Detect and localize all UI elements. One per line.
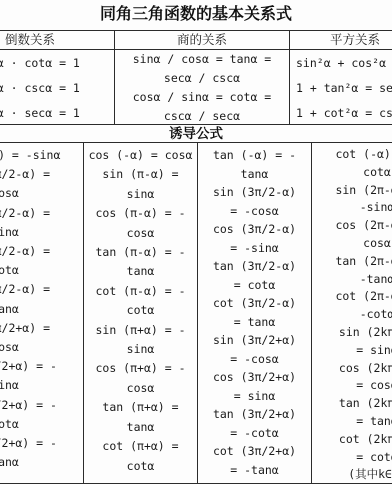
- formula-line: = -sinα: [198, 239, 311, 258]
- formula-line: cosα: [84, 379, 197, 398]
- formula-line: cotα: [84, 457, 197, 476]
- formula-line: 1 + tan²α = sec²α: [290, 81, 392, 95]
- formula-line: cot (π/2-α) =: [0, 280, 80, 299]
- quotient-formulas: sinα / cosα = tanα =secα / cscαcosα / si…: [115, 50, 289, 125]
- formula-line: = cotα: [198, 276, 311, 295]
- formula-line: sin (2kπ+α): [312, 324, 392, 342]
- formula-line: cot (π-α) = -: [84, 282, 197, 301]
- formula-line: -tanα: [312, 271, 392, 289]
- formula-line: secα / cscα: [115, 71, 289, 85]
- formula-line: cot (-α) = -: [312, 146, 392, 164]
- formula-line: sinα: [0, 376, 80, 395]
- formula-line: tan (3π/2+α): [198, 405, 311, 424]
- induction-column-1: sin (-α) = -sinαsin (π/2-α) =cosαcos (π/…: [0, 143, 84, 483]
- basic-relations-table: 倒数关系 商的关系 平方关系 tanα · cotα = 1sinα · csc…: [0, 30, 392, 125]
- formula-line: tan (π/2-α) =: [0, 242, 80, 261]
- formula-line: = sinα: [312, 342, 392, 360]
- induction-column-2: cos (-α) = cosαsin (π-α) =sinαcos (π-α) …: [84, 143, 198, 483]
- formula-line: tan (2kπ+α): [312, 395, 392, 413]
- formula-line: cotα: [312, 164, 392, 182]
- formula-line: tan (-α) = -: [198, 146, 311, 165]
- formula-line: = -cotα: [198, 424, 311, 443]
- formula-line: = cotα: [312, 449, 392, 467]
- formula-line: sin (2π-α) =: [312, 182, 392, 200]
- formula-line: cosα: [0, 184, 80, 203]
- formula-line: cotα: [84, 301, 197, 320]
- formula-line: cosα: [84, 224, 197, 243]
- formula-line: cot (2kπ+α): [312, 431, 392, 449]
- induction-column-4-lines: cot (-α) = -cotαsin (2π-α) =-sinαcos (2π…: [312, 146, 392, 483]
- formula-line: cosα: [312, 235, 392, 253]
- formula-line: tanα: [0, 453, 80, 472]
- formula-line: = -cosα: [198, 350, 311, 369]
- header-quotient-relation: 商的关系: [115, 31, 290, 49]
- formula-line: 1 + cot²α = csc²α: [290, 106, 392, 120]
- reciprocal-formulas: tanα · cotα = 1sinα · cscα = 1cosα · sec…: [0, 50, 115, 125]
- formula-line: sin (3π/2-α): [198, 183, 311, 202]
- formula-line: cos (π+α) = -: [84, 359, 197, 378]
- formula-line: cos (-α) = cosα: [84, 146, 197, 165]
- formula-line: = tanα: [198, 313, 311, 332]
- induction-column-4: cot (-α) = -cotαsin (2π-α) =-sinαcos (2π…: [312, 143, 392, 483]
- formula-line: sinα: [0, 223, 80, 242]
- reciprocal-relation-cell: tanα · cotα = 1sinα · cscα = 1cosα · sec…: [0, 50, 115, 125]
- formula-line: tan (2π-α) =: [312, 253, 392, 271]
- formula-line: tan (π/2+α) = -: [0, 396, 80, 415]
- formula-line: tan (π-α) = -: [84, 243, 197, 262]
- formula-line: tan (π+α) =: [84, 398, 197, 417]
- formula-line: tan (3π/2-α): [198, 257, 311, 276]
- induction-column-1-lines: sin (-α) = -sinαsin (π/2-α) =cosαcos (π/…: [0, 146, 80, 472]
- formula-line: cot (2π-α) =: [312, 288, 392, 306]
- square-relation-cell: sin²α + cos²α = 11 + tan²α = sec²α1 + co…: [290, 50, 392, 125]
- formula-line: cos (π/2+α) = -: [0, 357, 80, 376]
- formula-line: sin (π/2-α) =: [0, 165, 80, 184]
- formula-line: tanα: [84, 262, 197, 281]
- formula-line: sin²α + cos²α = 1: [290, 56, 392, 70]
- formula-line: tanα · cotα = 1: [0, 56, 115, 70]
- formula-line: cos (2kπ+α): [312, 360, 392, 378]
- page-title: 同角三角函数的基本关系式: [0, 0, 392, 30]
- formula-line: sinα · cscα = 1: [0, 81, 115, 95]
- formula-line: tanα: [0, 300, 80, 319]
- formula-line: = sinα: [198, 387, 311, 406]
- formula-line: (其中k∈Z): [312, 466, 392, 483]
- formula-line: cscα / secα: [115, 109, 289, 123]
- formula-line: cot (π+α) =: [84, 437, 197, 456]
- quotient-relation-cell: sinα / cosα = tanα =secα / cscαcosα / si…: [115, 50, 290, 125]
- basic-table-header-row: 倒数关系 商的关系 平方关系: [0, 31, 392, 50]
- formula-line: cot (3π/2+α): [198, 442, 311, 461]
- formula-line: tanα: [198, 165, 311, 184]
- formula-line: sinα: [84, 185, 197, 204]
- formula-line: = -tanα: [198, 461, 311, 480]
- formula-line: cot (π/2+α) = -: [0, 434, 80, 453]
- formula-line: cos (π/2-α) =: [0, 204, 80, 223]
- document-page: 同角三角函数的基本关系式 倒数关系 商的关系 平方关系 tanα · cotα …: [0, 0, 392, 490]
- formula-line: = cosα: [312, 377, 392, 395]
- induction-column-3: tan (-α) = -tanαsin (3π/2-α)= -cosαcos (…: [198, 143, 312, 483]
- formula-line: cos (2π-α) =: [312, 217, 392, 235]
- formula-line: cosα / sinα = cotα =: [115, 90, 289, 104]
- header-reciprocal-relation: 倒数关系: [0, 31, 115, 49]
- basic-table-body: tanα · cotα = 1sinα · cscα = 1cosα · sec…: [0, 50, 392, 125]
- formula-line: sin (π-α) =: [84, 165, 197, 184]
- formula-line: -cotα: [312, 306, 392, 324]
- formula-line: cos (π-α) = -: [84, 204, 197, 223]
- formula-line: cotα: [0, 261, 80, 280]
- formula-line: -sinα: [312, 199, 392, 217]
- formula-line: sin (3π/2+α): [198, 331, 311, 350]
- induction-formulas-table: sin (-α) = -sinαsin (π/2-α) =cosαcos (π/…: [0, 143, 392, 484]
- formula-line: cosα · secα = 1: [0, 106, 115, 120]
- formula-line: sin (π/2+α) =: [0, 319, 80, 338]
- formula-line: cot (3π/2-α): [198, 294, 311, 313]
- formula-line: sinα: [84, 340, 197, 359]
- formula-line: = tanα: [312, 413, 392, 431]
- formula-line: tanα: [84, 418, 197, 437]
- formula-line: cos (3π/2+α): [198, 368, 311, 387]
- formula-line: cos (3π/2-α): [198, 220, 311, 239]
- induction-formulas-header: 诱导公式: [0, 125, 392, 143]
- formula-line: cotα: [0, 415, 80, 434]
- formula-line: = -cosα: [198, 202, 311, 221]
- formula-line: sin (π+α) = -: [84, 321, 197, 340]
- formula-line: sinα / cosα = tanα =: [115, 52, 289, 66]
- header-square-relation: 平方关系: [290, 31, 392, 49]
- square-formulas: sin²α + cos²α = 11 + tan²α = sec²α1 + co…: [290, 50, 392, 125]
- formula-line: cosα: [0, 338, 80, 357]
- formula-line: sin (-α) = -sinα: [0, 146, 80, 165]
